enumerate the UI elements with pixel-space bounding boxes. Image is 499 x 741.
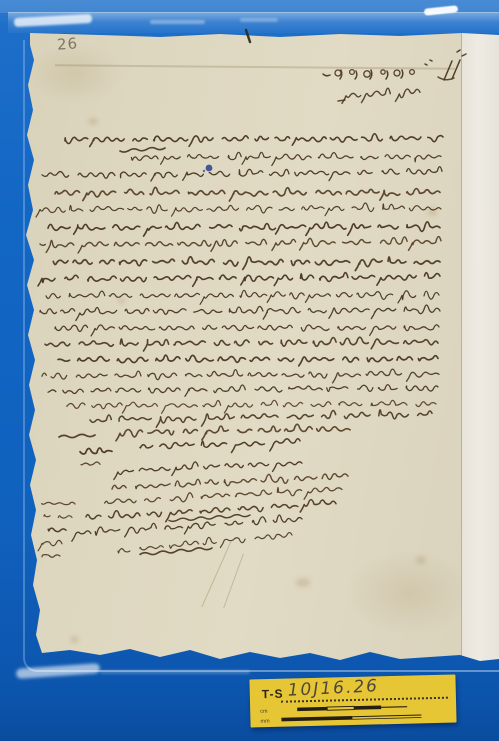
plastic-sleeve-top-edge [8,12,499,33]
sleeve-glare-highlight [14,14,92,27]
sleeve-glare-highlight [240,18,278,22]
mm-bar-segment [352,717,421,719]
mm-unit-label: mm [260,719,270,725]
mm-bar-segment [281,716,352,721]
cm-unit-label: cm [260,709,268,715]
cm-bar-segment [381,706,407,708]
paper-fold-strip [461,30,499,664]
surface-scratch [223,554,244,609]
manuscript-page: 26 [0,0,499,741]
photo-backdrop: 26 T-S 10J16.26 cm mm [0,0,499,741]
sleeve-corner-reflection [100,670,250,674]
sleeve-glare-highlight [150,20,205,24]
stain-spot [416,556,426,564]
classmark-label: T-S 10J16.26 cm mm [249,674,456,727]
label-prefix: T-S [262,687,284,702]
scale-bars: cm mm [258,702,448,727]
folio-number: 26 [56,34,78,53]
mm-bar-segment [352,715,421,718]
cm-bar-segment [327,706,354,710]
stain-spot [296,578,310,587]
cm-bar-segment [354,706,381,710]
stain-spot [118,298,125,304]
stain-spot [70,636,79,643]
fold-crease-line [55,64,455,69]
label-classmark: 10J16.26 [287,676,379,701]
stain-spot [88,118,98,125]
stain-spot [428,208,437,216]
cm-bar-segment [297,707,327,711]
